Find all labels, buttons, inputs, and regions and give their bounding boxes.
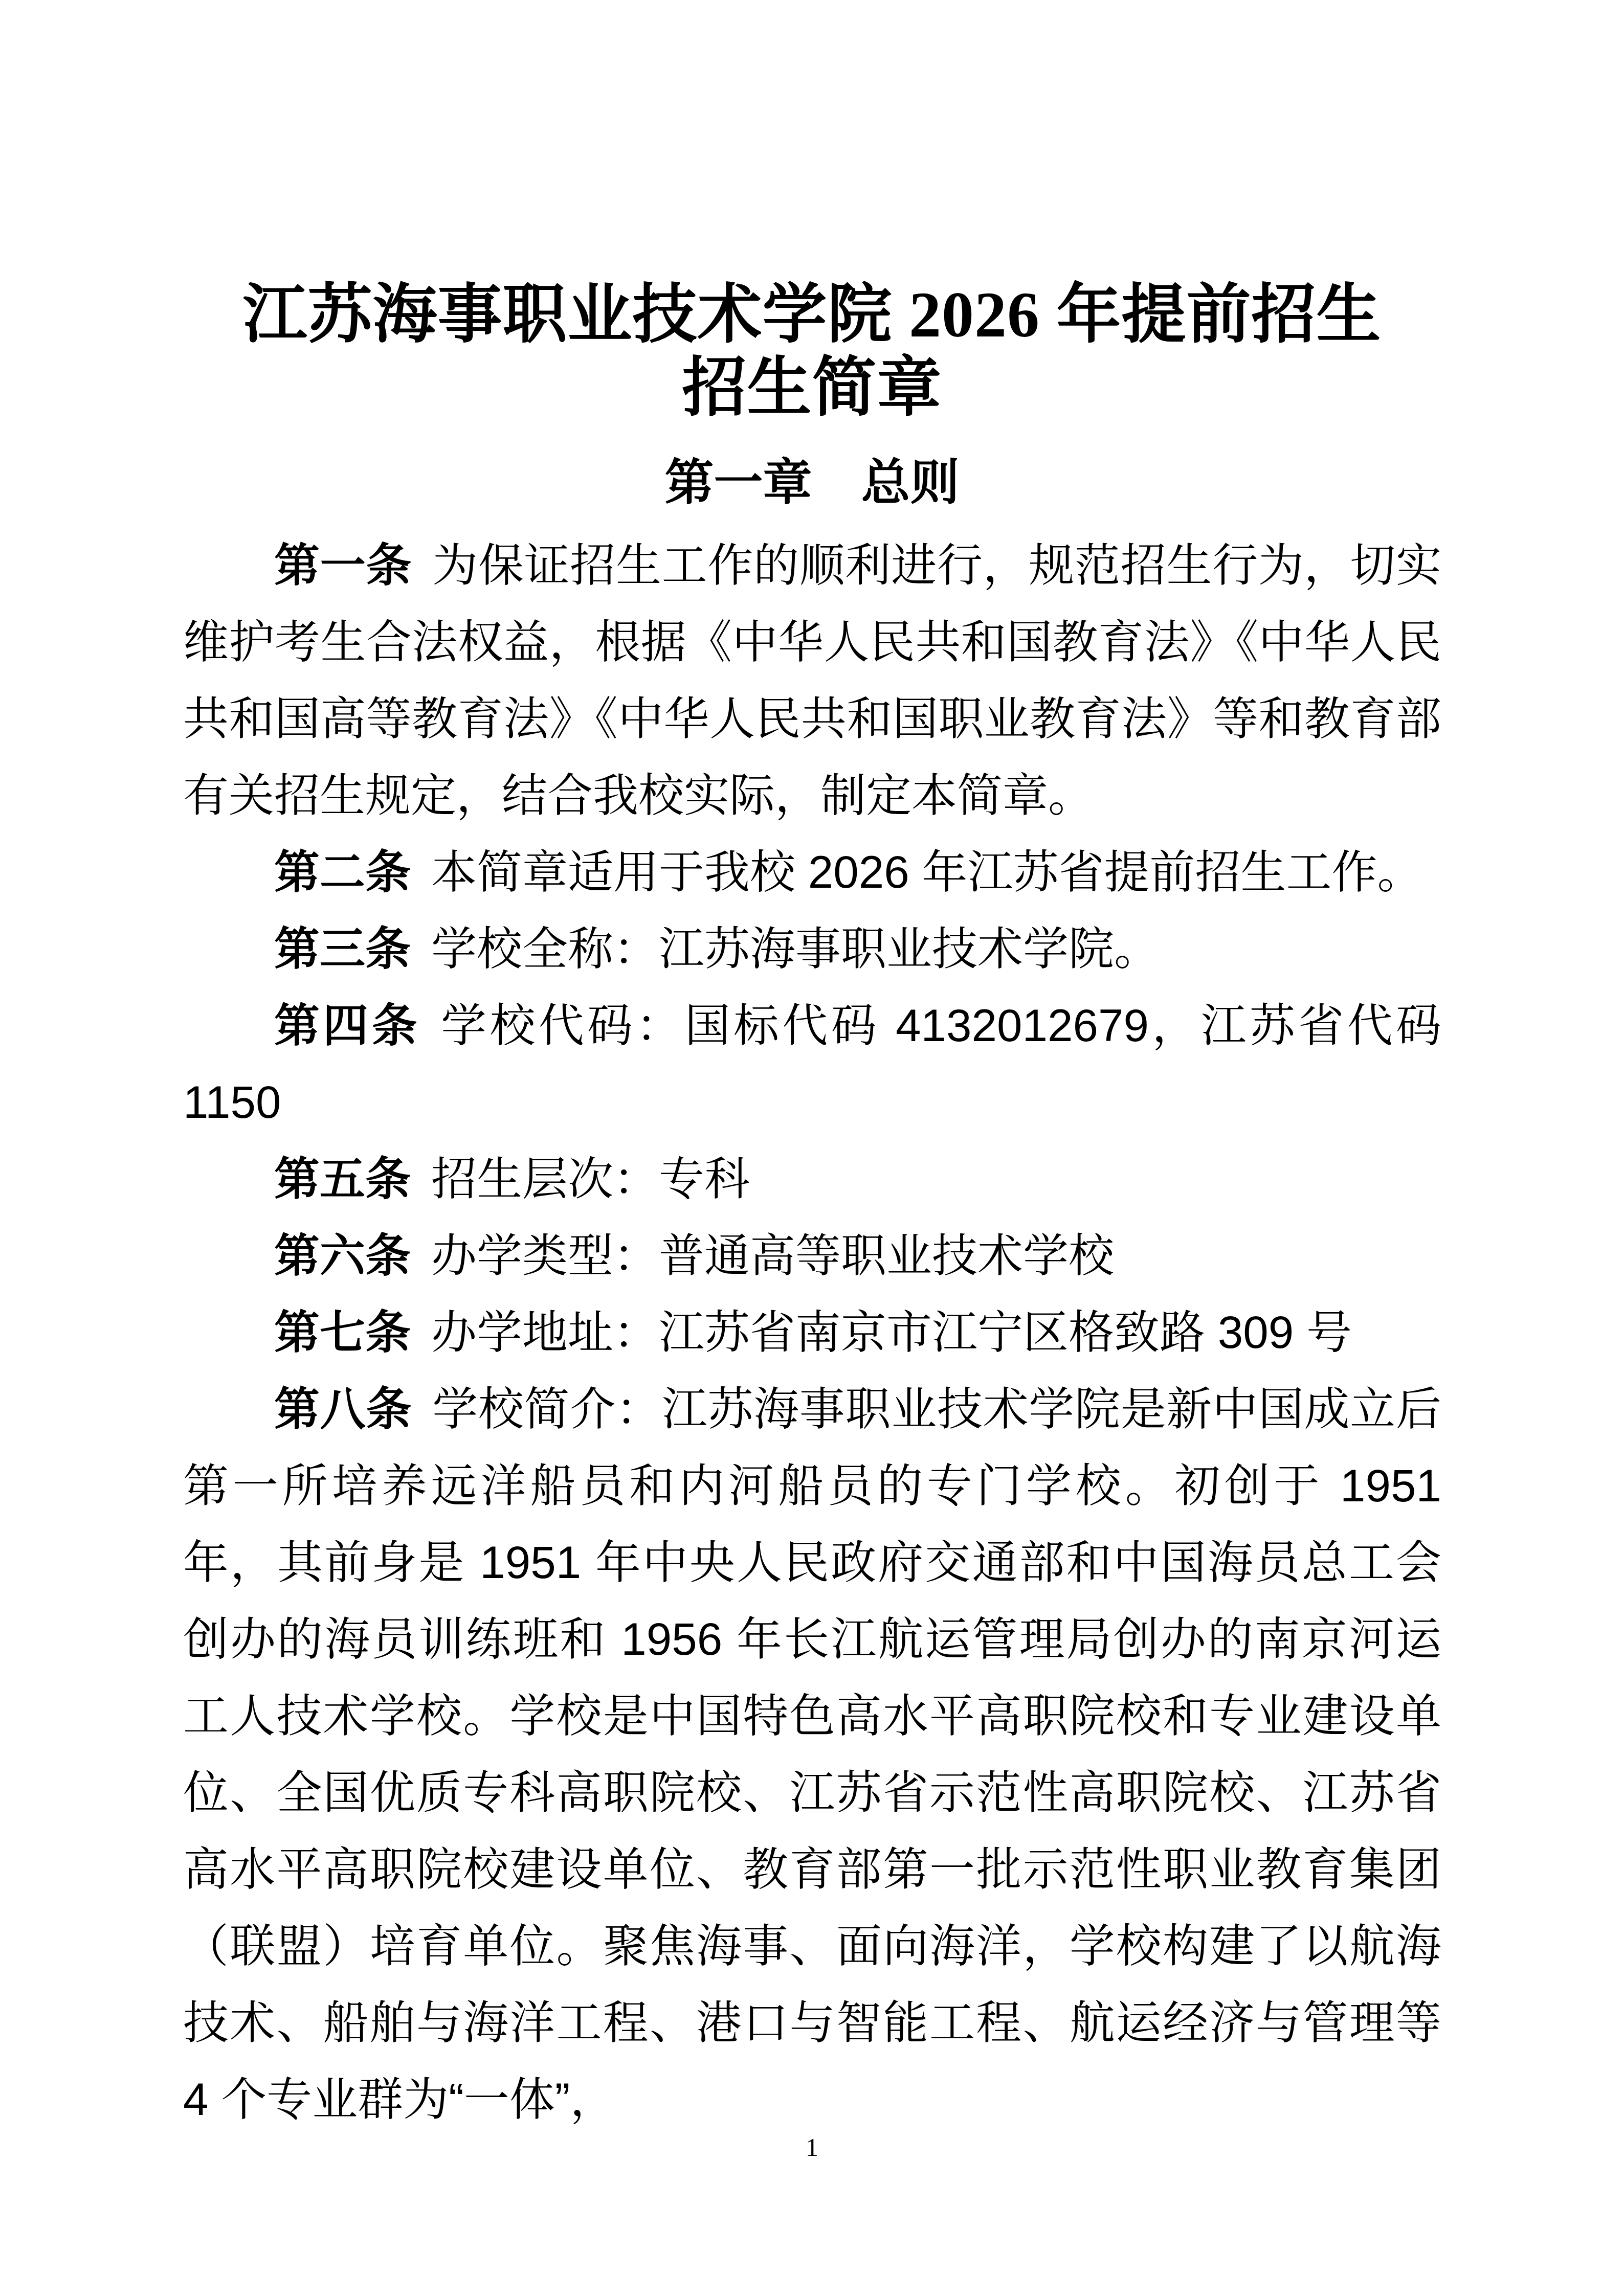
paragraph-text: 办学类型：普通高等职业技术学校 <box>431 1230 1114 1281</box>
article-label: 第五条 <box>274 1153 411 1204</box>
article-label: 第四条 <box>274 1000 420 1051</box>
document-title: 江苏海事职业技术学院 2026 年提前招生 招生简章 <box>0 279 1624 425</box>
article-label: 第三条 <box>274 923 411 974</box>
paragraph-text: 本简章适用于我校 2026 年江苏省提前招生工作。 <box>431 846 1422 897</box>
paragraph: 第六条办学类型：普通高等职业技术学校 <box>183 1217 1441 1294</box>
paragraph: 第二条本简章适用于我校 2026 年江苏省提前招生工作。 <box>183 834 1441 910</box>
article-label: 第七条 <box>274 1307 411 1358</box>
paragraph: 第三条学校全称：江苏海事职业技术学院。 <box>183 910 1441 987</box>
paragraph: 第七条办学地址：江苏省南京市江宁区格致路 309 号 <box>183 1294 1441 1370</box>
document-body: 第一条为保证招生工作的顺利进行，规范招生行为，切实维护考生合法权益，根据《中华人… <box>183 527 1441 2137</box>
paragraph-text: 招生层次：专科 <box>431 1153 750 1204</box>
document-page: 江苏海事职业技术学院 2026 年提前招生 招生简章 第一章 总则 第一条为保证… <box>0 0 1624 2296</box>
page-number: 1 <box>0 2132 1624 2162</box>
paragraph: 第四条学校代码：国标代码 4132012679，江苏省代码 1150 <box>183 987 1441 1140</box>
article-label: 第二条 <box>274 846 411 897</box>
title-line-1: 江苏海事职业技术学院 2026 年提前招生 <box>0 279 1624 352</box>
paragraph-text: 学校简介：江苏海事职业技术学院是新中国成立后第一所培养远洋船员和内河船员的专门学… <box>183 1383 1441 2125</box>
article-label: 第八条 <box>274 1383 412 1434</box>
title-line-2: 招生简章 <box>0 352 1624 425</box>
chapter-heading: 第一章 总则 <box>0 454 1624 511</box>
article-label: 第六条 <box>274 1230 411 1281</box>
paragraph-text: 办学地址：江苏省南京市江宁区格致路 309 号 <box>431 1307 1352 1358</box>
paragraph: 第一条为保证招生工作的顺利进行，规范招生行为，切实维护考生合法权益，根据《中华人… <box>183 527 1441 834</box>
paragraph: 第八条学校简介：江苏海事职业技术学院是新中国成立后第一所培养远洋船员和内河船员的… <box>183 1370 1441 2137</box>
paragraph: 第五条招生层次：专科 <box>183 1140 1441 1217</box>
article-label: 第一条 <box>274 539 412 591</box>
paragraph-text: 学校全称：江苏海事职业技术学院。 <box>431 923 1160 974</box>
